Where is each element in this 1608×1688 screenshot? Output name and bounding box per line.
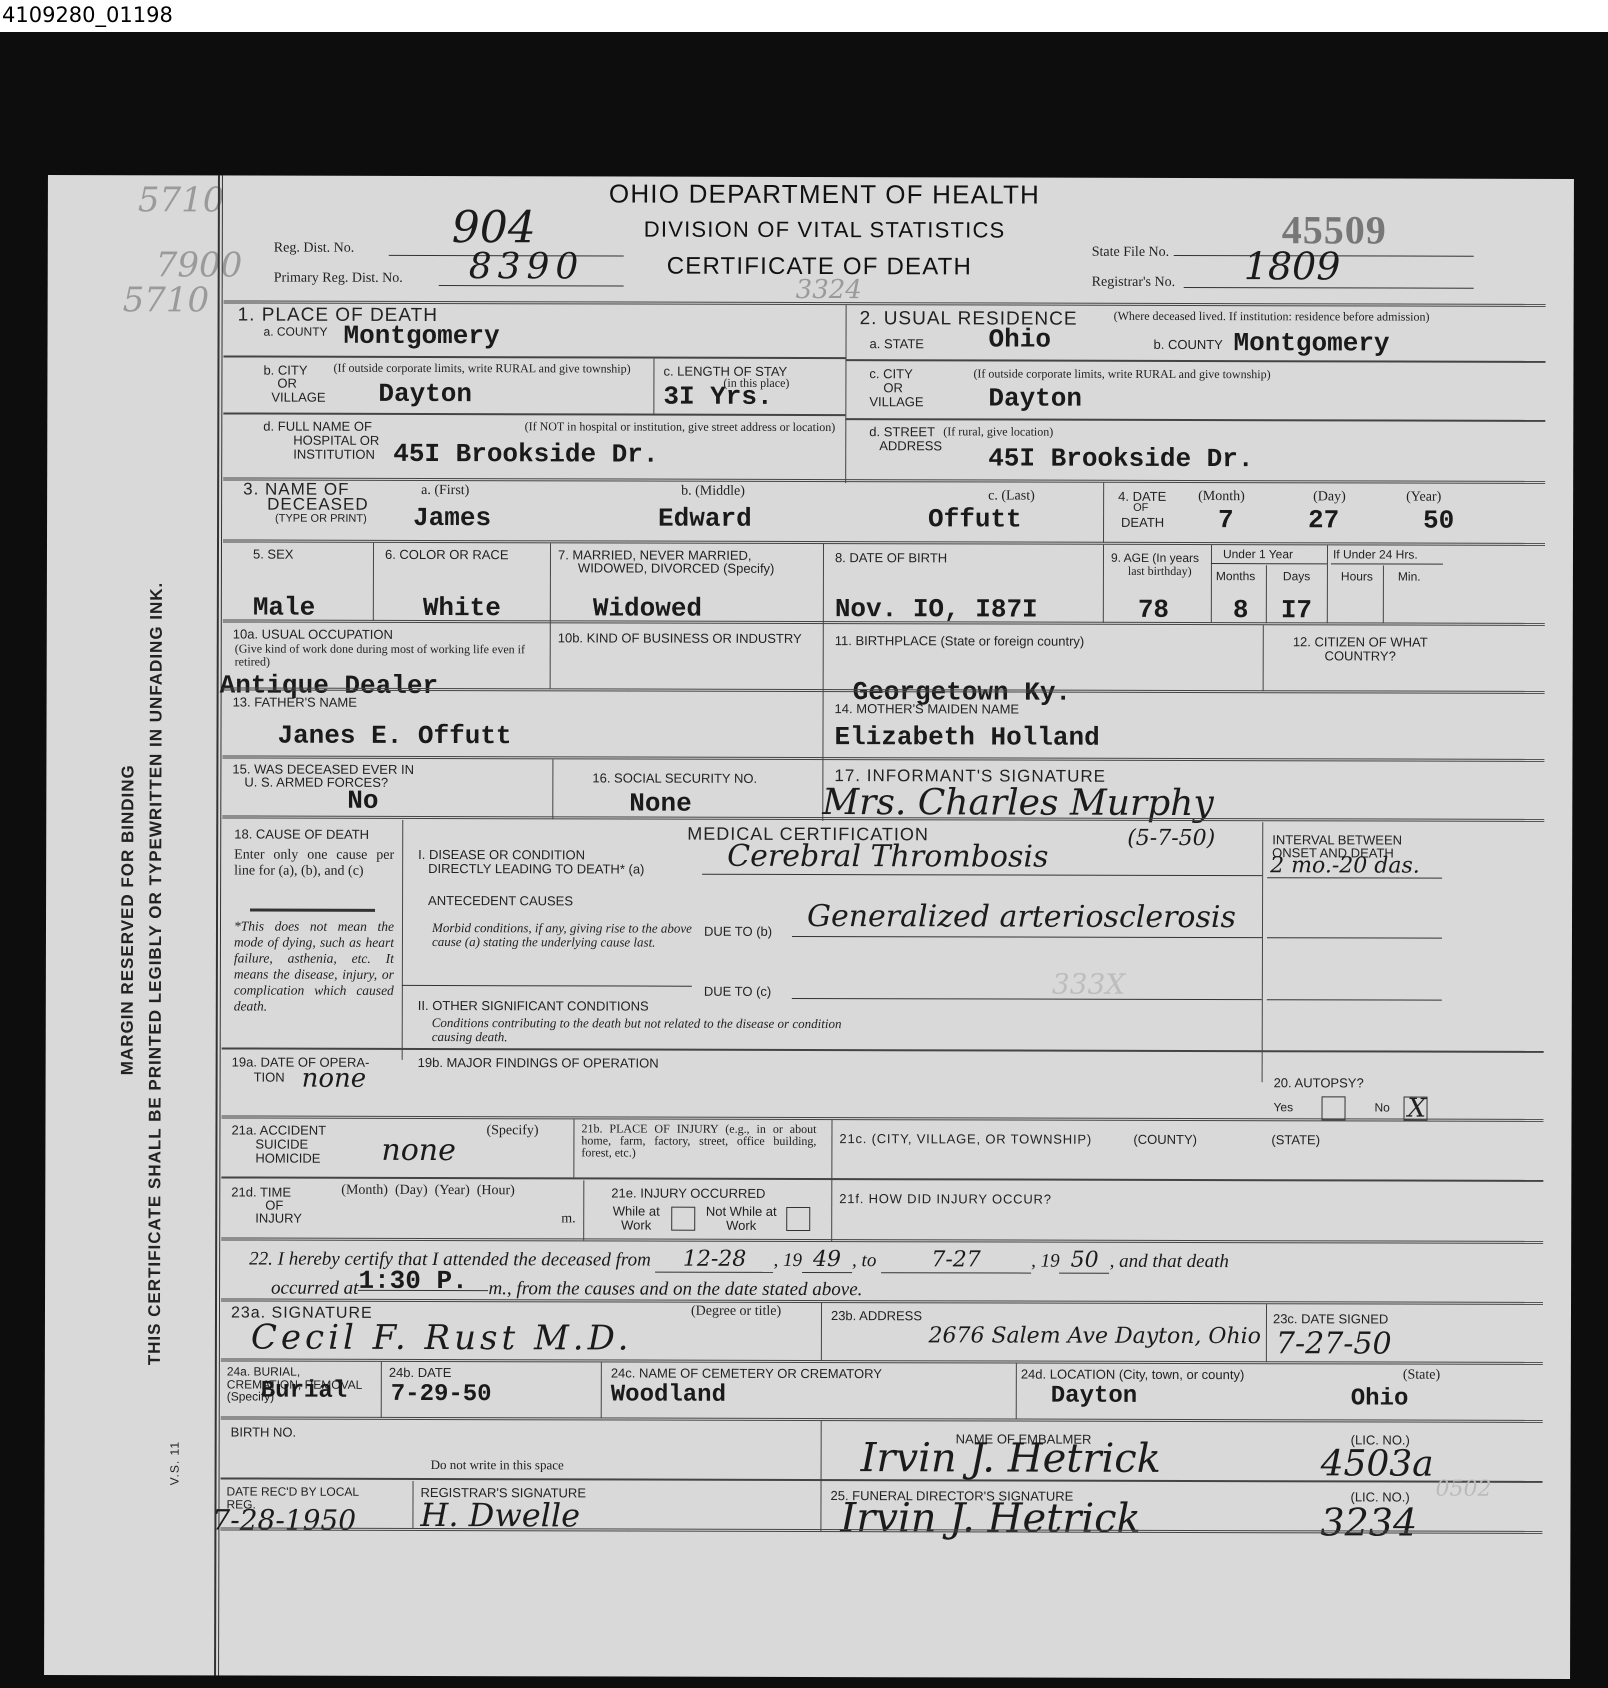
accident-label: 21a. ACCIDENT bbox=[231, 1123, 326, 1137]
divider bbox=[1383, 566, 1384, 624]
dod-day-label: (Day) bbox=[1313, 490, 1346, 505]
century-label: , 19 bbox=[774, 1250, 803, 1271]
part2-label: II. OTHER SIGNIFICANT CONDITIONS bbox=[418, 999, 649, 1013]
middle-name-label: b. (Middle) bbox=[681, 485, 745, 500]
divider bbox=[552, 759, 553, 819]
business-label: 10b. KIND OF BUSINESS OR INDUSTRY bbox=[558, 631, 823, 645]
certification-text: , and that death bbox=[1110, 1251, 1229, 1272]
dob-value: Nov. IO, I87I bbox=[835, 594, 1038, 625]
funeral-lic-value: 3234 bbox=[1320, 1500, 1417, 1544]
autopsy-yes-checkbox[interactable] bbox=[1321, 1096, 1345, 1120]
res-state-value: Ohio bbox=[988, 324, 1051, 354]
res-city-village: VILLAGE bbox=[869, 395, 923, 409]
faint-note: 3324 bbox=[796, 275, 862, 305]
due-to-b-label: DUE TO (b) bbox=[704, 925, 772, 939]
divider bbox=[845, 359, 1545, 363]
to-label: , to bbox=[852, 1250, 876, 1271]
divider bbox=[1262, 822, 1264, 1082]
binding-note: MARGIN RESERVED FOR BINDING bbox=[118, 764, 139, 1075]
homicide-label: HOMICIDE bbox=[255, 1152, 320, 1166]
last-name-label: c. (Last) bbox=[988, 489, 1035, 504]
divider bbox=[223, 355, 845, 359]
cause-footnote: *This does not mean the mode of dying, s… bbox=[234, 918, 394, 1014]
sex-label: 5. SEX bbox=[253, 548, 294, 562]
birth-no-label: BIRTH NO. bbox=[231, 1425, 297, 1439]
res-city-or: OR bbox=[883, 381, 903, 395]
days-value: I7 bbox=[1281, 595, 1312, 625]
dob-label: 8. DATE OF BIRTH bbox=[835, 551, 947, 565]
autopsy-no-checkbox[interactable]: X bbox=[1403, 1097, 1427, 1121]
autopsy-label: 20. AUTOPSY? bbox=[1274, 1076, 1364, 1090]
place-of-injury-label: 21b. PLACE OF INJURY (e.g., in or about … bbox=[581, 1122, 816, 1159]
name-label-2: DECEASED bbox=[267, 496, 369, 514]
res-street-label-2: ADDRESS bbox=[879, 439, 942, 453]
dod-month: 7 bbox=[1218, 505, 1234, 535]
divider bbox=[223, 412, 845, 416]
attended-from-date: 12-28 bbox=[656, 1247, 774, 1273]
cemetery-label: 24c. NAME OF CEMETERY OR CREMATORY bbox=[611, 1366, 882, 1380]
first-name-value: James bbox=[413, 503, 491, 533]
divider bbox=[1263, 625, 1264, 691]
attended-to-date: 7-27 bbox=[881, 1247, 1031, 1273]
dod-year-label: (Year) bbox=[1406, 491, 1441, 506]
suicide-label: SUICIDE bbox=[255, 1138, 308, 1152]
date-signed-value: 7-27-50 bbox=[1276, 1326, 1392, 1361]
middle-name-value: Edward bbox=[658, 504, 752, 534]
divider bbox=[601, 1362, 602, 1418]
cause-a-onset-date: (5-7-50) bbox=[1127, 826, 1215, 851]
margin-faint-number: 5710 bbox=[138, 180, 225, 220]
burial-state-label: (State) bbox=[1403, 1369, 1440, 1384]
armed-forces-value: No bbox=[347, 786, 378, 816]
county-label: a. COUNTY bbox=[264, 326, 328, 339]
divider bbox=[845, 305, 846, 483]
margin-faint-number: 5710 bbox=[123, 280, 210, 320]
divider bbox=[1016, 1364, 1017, 1420]
citizen-label: 12. CITIZEN OF WHAT COUNTRY? bbox=[1273, 635, 1448, 663]
part1-label-2: DIRECTLY LEADING TO DEATH* (a) bbox=[428, 862, 644, 876]
primary-reg-value: 8390 bbox=[469, 246, 585, 287]
divider bbox=[222, 1047, 1544, 1052]
findings-label: 19b. MAJOR FINDINGS OF OPERATION bbox=[418, 1056, 659, 1070]
do-not-write-note: Do not write in this space bbox=[431, 1458, 564, 1472]
divider bbox=[1331, 548, 1443, 564]
image-caption: 4109280_01198 bbox=[0, 0, 173, 32]
while-at-work-checkbox[interactable] bbox=[671, 1207, 695, 1231]
registrar-no-value: 1809 bbox=[1244, 244, 1341, 288]
burial-type-value: Burial bbox=[261, 1378, 347, 1405]
age-value: 78 bbox=[1138, 595, 1169, 625]
divider bbox=[222, 755, 1544, 762]
last-name-value: Offutt bbox=[928, 504, 1022, 534]
while-at-work-label: While at Work bbox=[606, 1204, 666, 1231]
hospital-value: 45I Brookside Dr. bbox=[393, 439, 658, 470]
first-name-label: a. (First) bbox=[421, 484, 469, 499]
division-title: DIVISION OF VITAL STATISTICS bbox=[644, 217, 1006, 244]
divider bbox=[223, 619, 1545, 626]
certification-text: m., from the causes and on the date stat… bbox=[488, 1278, 862, 1300]
department-title: OHIO DEPARTMENT OF HEALTH bbox=[609, 178, 1040, 210]
time-columns-label: (Month) (Day) (Year) (Hour) bbox=[341, 1184, 515, 1199]
length-of-stay-value: 3I Yrs. bbox=[663, 382, 772, 412]
divider bbox=[821, 1303, 822, 1361]
attended-to-year: 50 bbox=[1060, 1248, 1110, 1274]
divider bbox=[831, 1120, 832, 1242]
interval-line bbox=[1267, 984, 1442, 1000]
cause-a-value: Cerebral Thrombosis bbox=[727, 839, 1048, 875]
death-certificate: 5710 7900 5710 MARGIN RESERVED FOR BINDI… bbox=[44, 175, 1574, 1679]
cemetery-value: Woodland bbox=[611, 1381, 726, 1408]
form-code: V.S. 11 bbox=[168, 1441, 182, 1485]
race-label: 6. COLOR OR RACE bbox=[385, 548, 509, 562]
physician-address: 2676 Salem Ave Dayton, Ohio bbox=[841, 1323, 1261, 1349]
burial-city-value: Dayton bbox=[1051, 1383, 1137, 1410]
marital-label-2: WIDOWED, DIVORCED (Specify) bbox=[578, 561, 775, 575]
certification-text: occurred at bbox=[271, 1278, 358, 1299]
ssn-label: 16. SOCIAL SECURITY NO. bbox=[592, 771, 757, 785]
race-value: White bbox=[423, 593, 501, 623]
divider bbox=[653, 359, 654, 414]
antecedent-hint: Morbid conditions, if any, giving rise t… bbox=[432, 921, 707, 949]
specify-label: (Specify) bbox=[486, 1124, 538, 1139]
divider bbox=[221, 1298, 1543, 1305]
divider bbox=[820, 1421, 821, 1531]
autopsy-no-label: No bbox=[1375, 1101, 1390, 1114]
divider bbox=[1103, 545, 1104, 623]
divider bbox=[1327, 545, 1328, 623]
certification-line-2: occurred at1:30 P.m., from the causes an… bbox=[271, 1272, 862, 1302]
res-city-label: c. CITY bbox=[869, 367, 912, 381]
antecedent-label: ANTECEDENT CAUSES bbox=[428, 894, 573, 908]
hospital-label-2: HOSPITAL OR bbox=[293, 434, 379, 448]
divider bbox=[1266, 1304, 1267, 1362]
divider bbox=[573, 1119, 574, 1177]
divider bbox=[221, 1416, 1543, 1423]
scan-background: 5710 7900 5710 MARGIN RESERVED FOR BINDI… bbox=[0, 32, 1608, 1688]
res-county-label: b. COUNTY bbox=[1154, 338, 1223, 352]
date-received-value: 7-28-1950 bbox=[212, 1503, 356, 1536]
date-signed-label: 23c. DATE SIGNED bbox=[1273, 1312, 1388, 1326]
not-while-at-work-checkbox[interactable] bbox=[786, 1207, 810, 1231]
city-label-village: VILLAGE bbox=[271, 391, 325, 405]
divider bbox=[381, 1362, 382, 1418]
funeral-director-signature: Irvin J. Hetrick bbox=[840, 1495, 1140, 1542]
how-injury-label: 21f. HOW DID INJURY OCCUR? bbox=[839, 1192, 1052, 1206]
time-of-injury-label-3: INJURY bbox=[255, 1212, 302, 1226]
father-value: Janes E. Offutt bbox=[277, 721, 511, 752]
injury-county-label: (COUNTY) bbox=[1133, 1133, 1197, 1147]
age-label-2: last birthday) bbox=[1128, 565, 1192, 578]
operation-date-label-2: TION bbox=[254, 1071, 285, 1085]
divider bbox=[221, 1237, 1543, 1244]
res-street-hint: (If rural, give location) bbox=[943, 425, 1053, 438]
min-label: Min. bbox=[1398, 571, 1421, 584]
dod-year: 50 bbox=[1423, 506, 1454, 536]
age-label: 9. AGE (In years bbox=[1111, 552, 1199, 565]
months-value: 8 bbox=[1233, 595, 1249, 625]
accident-value: none bbox=[381, 1133, 456, 1168]
degree-label: (Degree or title) bbox=[691, 1305, 781, 1320]
divider bbox=[845, 418, 1545, 422]
divider bbox=[221, 1176, 1543, 1181]
burial-date-value: 7-29-50 bbox=[391, 1381, 492, 1408]
binding-margin: 5710 7900 5710 MARGIN RESERVED FOR BINDI… bbox=[44, 175, 220, 1675]
res-county-value: Montgomery bbox=[1233, 328, 1389, 358]
res-city-hint: (If outside corporate limits, write RURA… bbox=[973, 367, 1270, 380]
divider bbox=[402, 820, 404, 1060]
century-label: , 19 bbox=[1031, 1251, 1060, 1272]
res-street-label: d. STREET bbox=[869, 425, 935, 439]
interval-line bbox=[1267, 922, 1442, 938]
place-city-value: Dayton bbox=[378, 379, 472, 409]
part2-hint: Conditions contributing to the death but… bbox=[432, 1016, 852, 1044]
father-label: 13. FATHER'S NAME bbox=[233, 695, 357, 709]
embalmer-lic-value: 4503a bbox=[1321, 1443, 1434, 1484]
certificate-form: OHIO DEPARTMENT OF HEALTH DIVISION OF VI… bbox=[220, 175, 1574, 1679]
cause-c-line bbox=[792, 983, 1262, 1000]
divider bbox=[823, 544, 824, 689]
legibility-note: THIS CERTIFICATE SHALL BE PRINTED LEGIBL… bbox=[145, 582, 167, 1366]
divider bbox=[1266, 565, 1267, 623]
time-m-label: m. bbox=[561, 1212, 575, 1227]
divider bbox=[223, 539, 1545, 546]
part1-label: I. DISEASE OR CONDITION bbox=[418, 848, 585, 862]
hours-label: Hours bbox=[1341, 570, 1373, 583]
burial-state-value: Ohio bbox=[1351, 1385, 1409, 1412]
divider bbox=[583, 1180, 584, 1240]
divider bbox=[1211, 548, 1327, 564]
res-state-label: a. STATE bbox=[870, 337, 924, 351]
sex-value: Male bbox=[253, 593, 316, 623]
divider bbox=[250, 909, 375, 912]
mother-label: 14. MOTHER'S MAIDEN NAME bbox=[835, 702, 1020, 716]
injury-state-label: (STATE) bbox=[1271, 1133, 1320, 1147]
divider bbox=[412, 1481, 413, 1529]
occupation-label: 10a. USUAL OCCUPATION bbox=[233, 627, 393, 641]
burial-location-label: 24d. LOCATION (City, town, or county) bbox=[1021, 1368, 1245, 1382]
reg-dist-label: Reg. Dist. No. bbox=[274, 242, 355, 257]
state-file-label: State File No. bbox=[1092, 246, 1169, 261]
dod-month-label: (Month) bbox=[1198, 490, 1245, 505]
autopsy-yes-label: Yes bbox=[1274, 1101, 1294, 1114]
name-label-3: (TYPE OR PRINT) bbox=[275, 514, 367, 526]
not-while-at-work-label: Not While at Work bbox=[701, 1205, 781, 1232]
interval-value: 2 mo.-20 das. bbox=[1270, 853, 1420, 878]
dod-label-2: OF bbox=[1133, 503, 1148, 515]
birthplace-label: 11. BIRTHPLACE (State or foreign country… bbox=[835, 634, 1085, 648]
burial-date-label: 24b. DATE bbox=[389, 1366, 452, 1380]
physician-signature: Cecil F. Rust M.D. bbox=[251, 1318, 633, 1359]
hospital-label-3: INSTITUTION bbox=[293, 448, 375, 462]
physician-address-label: 23b. ADDRESS bbox=[831, 1309, 922, 1323]
due-to-c-label: DUE TO (c) bbox=[704, 985, 771, 999]
mother-value: Elizabeth Holland bbox=[834, 722, 1099, 753]
operation-date-value: none bbox=[302, 1064, 367, 1094]
months-label: Months bbox=[1216, 570, 1255, 583]
cause-instructions: Enter only one cause per line for (a), (… bbox=[234, 847, 394, 880]
dod-day: 27 bbox=[1308, 505, 1339, 535]
city-label-or: OR bbox=[277, 377, 297, 391]
city-hint: (If outside corporate limits, write RURA… bbox=[333, 362, 633, 375]
dod-label-3: DEATH bbox=[1121, 516, 1164, 530]
hospital-hint: (If NOT in hospital or institution, give… bbox=[395, 420, 835, 434]
divider bbox=[550, 543, 551, 688]
injury-occurred-label: 21e. INJURY OCCURRED bbox=[611, 1186, 765, 1200]
cause-b-value: Generalized arteriosclerosis bbox=[807, 899, 1236, 935]
ssn-value: None bbox=[629, 789, 692, 819]
usual-residence-hint: (Where deceased lived. If institution: r… bbox=[1114, 310, 1439, 323]
faint-lic-number: 0502 bbox=[1435, 1477, 1491, 1502]
attended-from-year: 49 bbox=[802, 1247, 852, 1273]
marital-value: Widowed bbox=[593, 593, 702, 623]
divider bbox=[373, 543, 374, 621]
days-label: Days bbox=[1283, 570, 1310, 583]
injury-location-label: 21c. (CITY, VILLAGE, OR TOWNSHIP) bbox=[839, 1132, 1092, 1146]
primary-reg-label: Primary Reg. Dist. No. bbox=[274, 272, 403, 287]
place-county-value: Montgomery bbox=[344, 321, 500, 351]
hospital-label: d. FULL NAME OF bbox=[263, 420, 372, 434]
occupation-hint: (Give kind of work done during most of w… bbox=[235, 642, 545, 668]
embalmer-signature: Irvin J. Hetrick bbox=[861, 1435, 1161, 1482]
cause-label: 18. CAUSE OF DEATH bbox=[234, 827, 369, 841]
res-city-value: Dayton bbox=[988, 383, 1082, 413]
time-of-death: 1:30 P. bbox=[358, 1272, 488, 1291]
x-mark-icon: X bbox=[1407, 1098, 1426, 1120]
divider bbox=[1103, 483, 1104, 543]
res-street-value: 45I Brookside Dr. bbox=[988, 443, 1253, 474]
divider bbox=[402, 982, 692, 987]
registrar-no-label: Registrar's No. bbox=[1092, 276, 1175, 291]
